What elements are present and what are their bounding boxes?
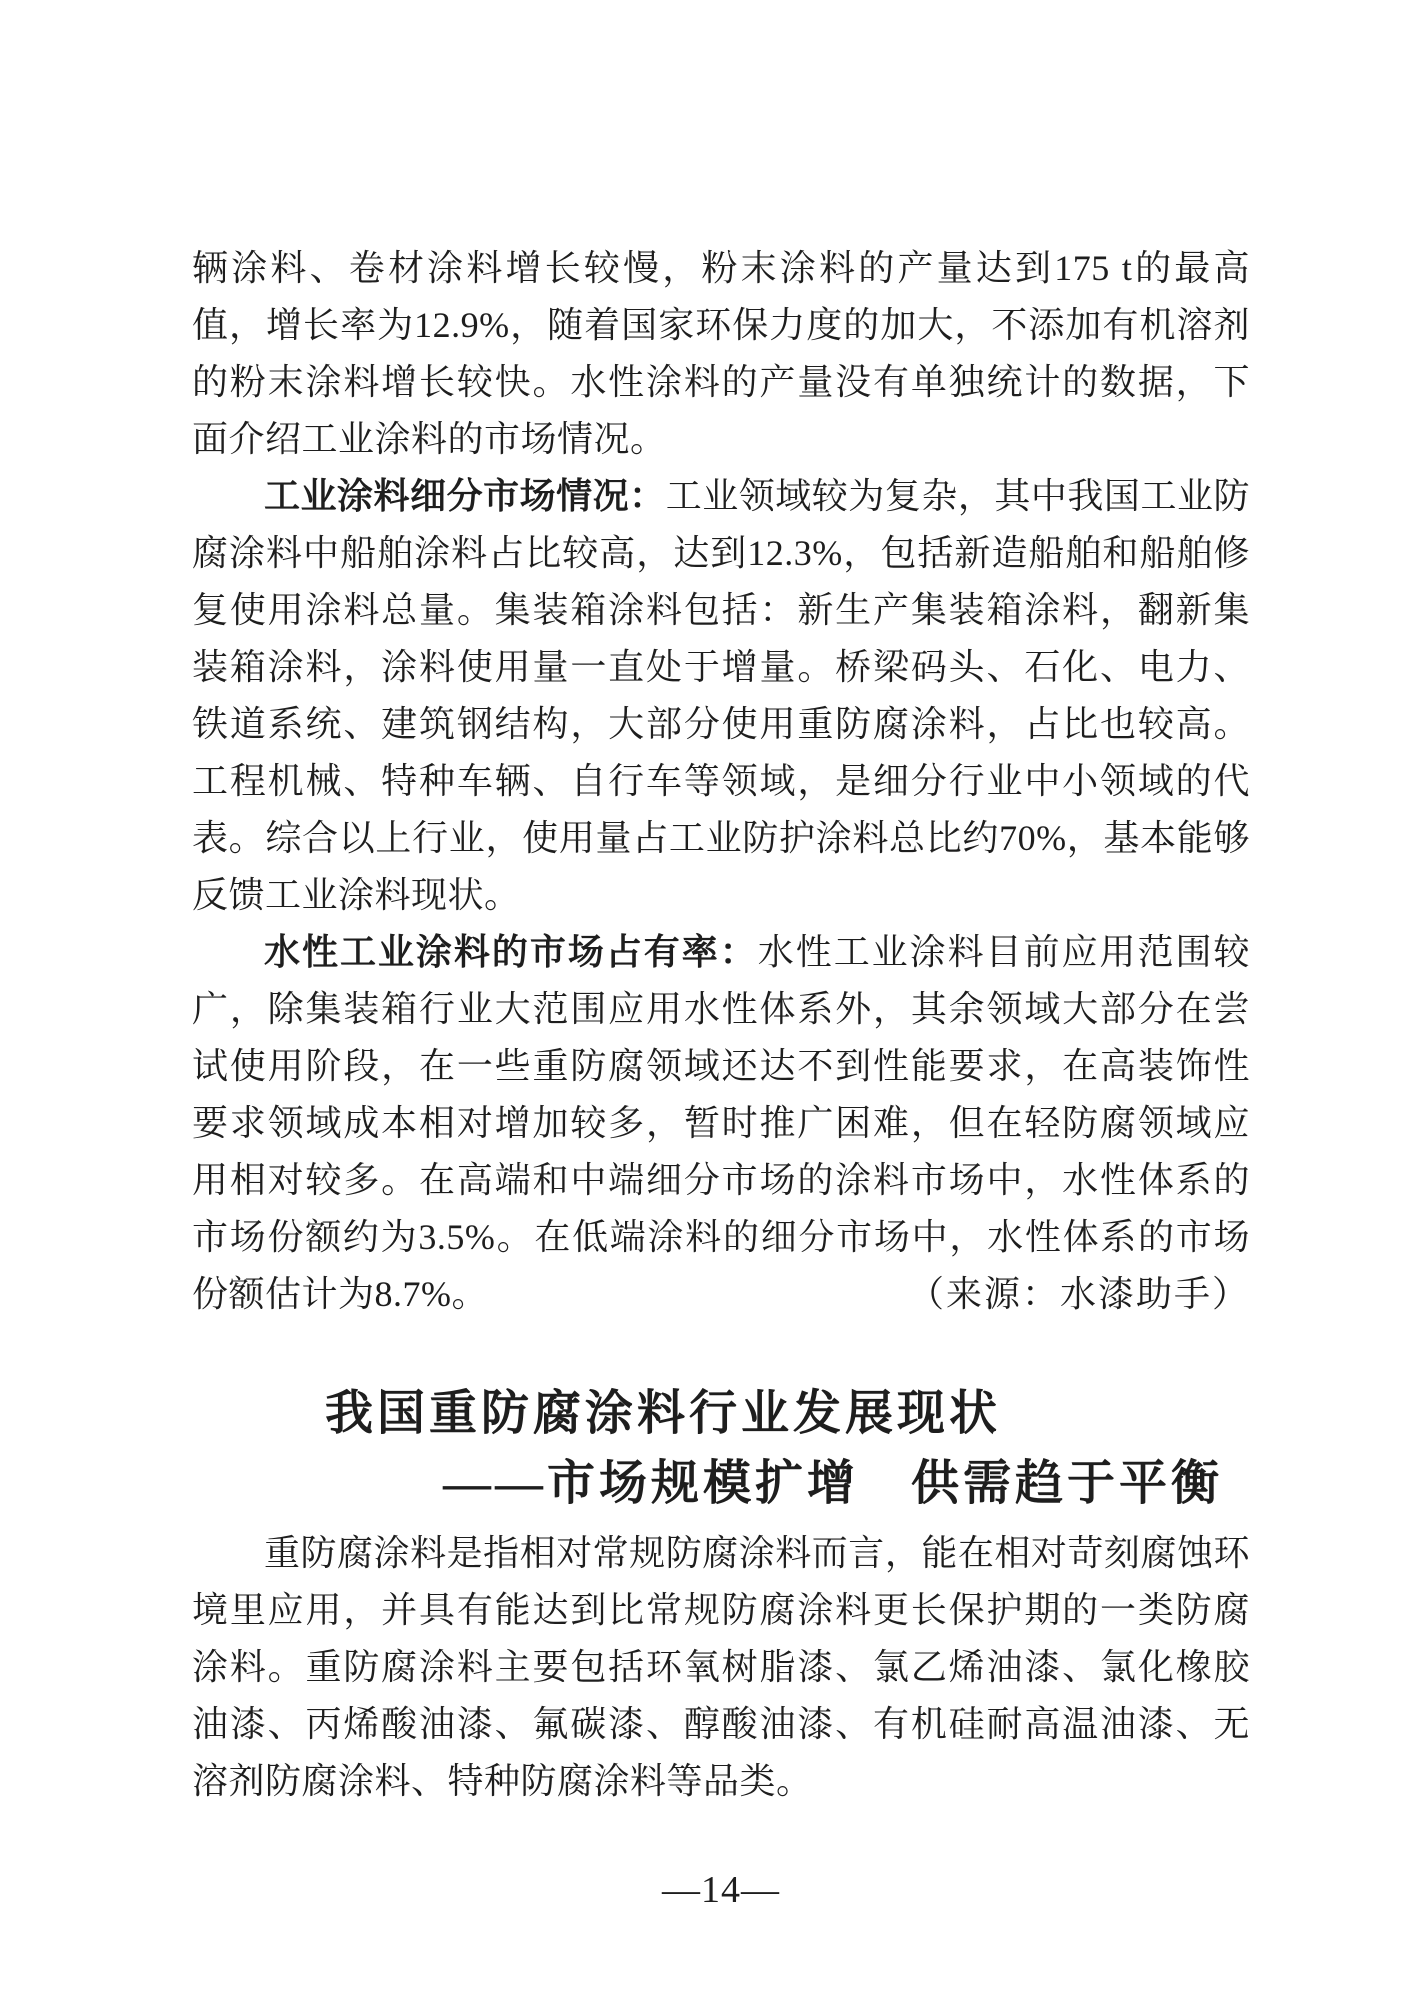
- body-paragraph-4: 重防腐涂料是指相对常规防腐涂料而言，能在相对苛刻腐蚀环境里应用，并具有能达到比常…: [192, 1525, 1250, 1810]
- body-paragraph-1: 辆涂料、卷材涂料增长较慢，粉末涂料的产量达到175 t的最高值，增长率为12.9…: [192, 240, 1250, 468]
- paragraph-2-lead: 工业涂料细分市场情况：: [264, 476, 666, 516]
- section-heading-subtitle: ——市场规模扩增 供需趋于平衡: [443, 1449, 1250, 1519]
- body-text-block: 辆涂料、卷材涂料增长较慢，粉末涂料的产量达到175 t的最高值，增长率为12.9…: [192, 240, 1250, 1810]
- document-page: 辆涂料、卷材涂料增长较慢，粉末涂料的产量达到175 t的最高值，增长率为12.9…: [0, 0, 1415, 2000]
- body-paragraph-2: 工业涂料细分市场情况：工业领域较为复杂，其中我国工业防腐涂料中船舶涂料占比较高，…: [192, 468, 1250, 924]
- page-number: —14—: [192, 1862, 1250, 1919]
- paragraph-3-lead: 水性工业涂料的市场占有率：: [264, 932, 758, 972]
- body-paragraph-3: 水性工业涂料的市场占有率：水性工业涂料目前应用范围较广，除集装箱行业大范围应用水…: [192, 924, 1250, 1323]
- paragraph-4-text: 重防腐涂料是指相对常规防腐涂料而言，能在相对苛刻腐蚀环境里应用，并具有能达到比常…: [192, 1533, 1250, 1801]
- section-heading-title: 我国重防腐涂料行业发展现状: [325, 1379, 1250, 1449]
- paragraph-3-text: 水性工业涂料目前应用范围较广，除集装箱行业大范围应用水性体系外，其余领域大部分在…: [192, 932, 1250, 1314]
- paragraph-2-text: 工业领域较为复杂，其中我国工业防腐涂料中船舶涂料占比较高，达到12.3%，包括新…: [192, 476, 1250, 915]
- paragraph-1-text: 辆涂料、卷材涂料增长较慢，粉末涂料的产量达到175 t的最高值，增长率为12.9…: [192, 248, 1250, 459]
